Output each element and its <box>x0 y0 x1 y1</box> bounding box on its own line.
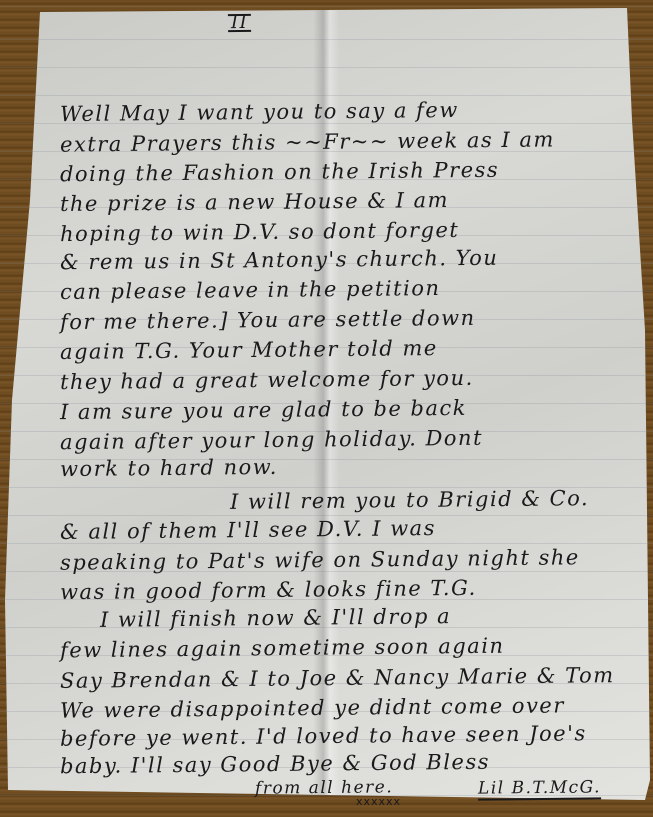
letter-line: the prize is a new House & I am <box>60 188 449 216</box>
letter-line: I am sure you are glad to be back <box>60 396 467 424</box>
letter-line: I will finish now & I'll drop a <box>100 604 451 632</box>
letter-line: hoping to win D.V. so dont forget <box>60 218 460 246</box>
letter-line: can please leave in the petition <box>60 276 441 304</box>
letter-line: doing the Fashion on the Irish Press <box>60 158 499 187</box>
signature: Lil B.T.McG. <box>478 777 601 800</box>
letter-line: Well May I want you to say a few <box>60 98 459 126</box>
letter-line: I will rem you to Brigid & Co. <box>230 486 589 514</box>
letter-line: they had a great welcome for you. <box>60 366 474 394</box>
letter-line: again T.G. Your Mother told me <box>60 336 438 364</box>
letter-line: work to hard now. <box>60 455 278 481</box>
letter-line: was in good form & looks fine T.G. <box>60 576 477 604</box>
letter-line: & all of them I'll see D.V. I was <box>60 516 436 544</box>
page-number: II <box>228 14 251 32</box>
letter-line: again after your long holiday. Dont <box>60 426 483 454</box>
letter-line: for me there.] You are settle down <box>60 306 476 334</box>
letter-line: baby. I'll say Good Bye & God Bless <box>60 750 490 779</box>
letter-line: few lines again sometime soon again <box>60 634 505 663</box>
letter-line: & rem us in St Antony's church. You <box>60 246 499 275</box>
kisses: xxxxxx <box>356 795 401 808</box>
